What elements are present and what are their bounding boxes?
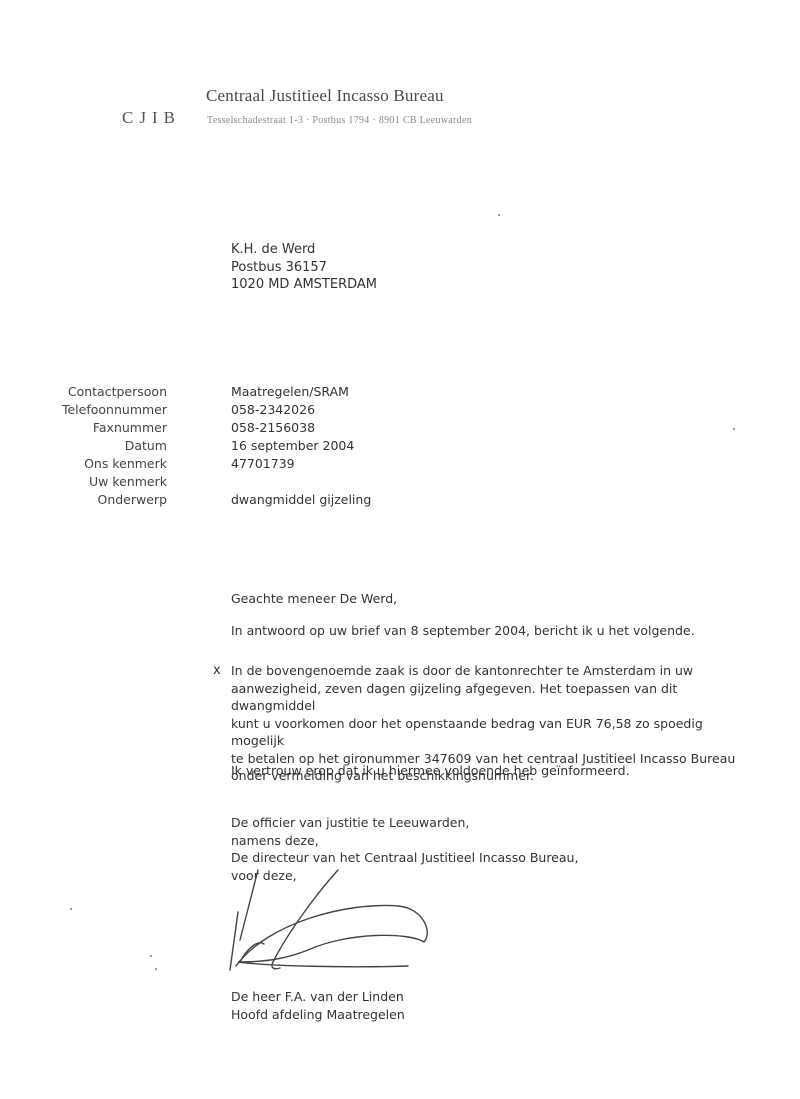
meta-value: 47701739 bbox=[231, 455, 295, 473]
meta-label: Onderwerp bbox=[30, 491, 167, 509]
meta-label: Datum bbox=[30, 437, 167, 455]
meta-value: dwangmiddel gijzeling bbox=[231, 491, 371, 509]
organization-address: Tesselschadestraat 1-3 · Postbus 1794 · … bbox=[207, 115, 472, 126]
organization-name: Centraal Justitieel Incasso Bureau bbox=[206, 86, 444, 106]
paragraph-intro: In antwoord op uw brief van 8 september … bbox=[231, 622, 751, 640]
meta-label: Faxnummer bbox=[30, 419, 167, 437]
recipient-city: 1020 MD AMSTERDAM bbox=[231, 276, 377, 294]
handwritten-signature bbox=[228, 862, 438, 977]
recipient-postbox: Postbus 36157 bbox=[231, 259, 377, 277]
meta-row-your-ref: Uw kenmerk bbox=[30, 473, 371, 491]
scan-speck bbox=[155, 968, 157, 970]
meta-row-our-ref: Ons kenmerk 47701739 bbox=[30, 455, 371, 473]
paragraph-line: In de bovengenoemde zaak is door de kant… bbox=[231, 662, 751, 680]
signer-name: De heer F.A. van der Linden bbox=[231, 988, 751, 1006]
closing-line: namens deze, bbox=[231, 832, 751, 850]
meta-label: Telefoonnummer bbox=[30, 401, 167, 419]
meta-label: Ons kenmerk bbox=[30, 455, 167, 473]
letter-page: CJIB Centraal Justitieel Incasso Bureau … bbox=[0, 0, 800, 1099]
salutation: Geachte meneer De Werd, bbox=[231, 590, 751, 608]
paragraph-closing: Ik vertrouw erop dat ik u hiermee voldoe… bbox=[231, 762, 751, 780]
scan-speck bbox=[733, 428, 735, 430]
meta-row-fax: Faxnummer 058-2156038 bbox=[30, 419, 371, 437]
signer-title: Hoofd afdeling Maatregelen bbox=[231, 1006, 751, 1024]
scan-speck bbox=[70, 908, 72, 910]
closing-line: De officier van justitie te Leeuwarden, bbox=[231, 814, 751, 832]
cjib-logo: CJIB bbox=[122, 108, 181, 128]
recipient-address: K.H. de Werd Postbus 36157 1020 MD AMSTE… bbox=[231, 241, 377, 294]
meta-label: Uw kenmerk bbox=[30, 473, 167, 491]
recipient-name: K.H. de Werd bbox=[231, 241, 377, 259]
paragraph-line: aanwezigheid, zeven dagen gijzeling afge… bbox=[231, 680, 751, 715]
meta-row-phone: Telefoonnummer 058-2342026 bbox=[30, 401, 371, 419]
meta-value: 16 september 2004 bbox=[231, 437, 354, 455]
meta-row-contact: Contactpersoon Maatregelen/SRAM bbox=[30, 383, 371, 401]
meta-label: Contactpersoon bbox=[30, 383, 167, 401]
meta-value: 058-2342026 bbox=[231, 401, 315, 419]
meta-row-date: Datum 16 september 2004 bbox=[30, 437, 371, 455]
handwritten-mark: x bbox=[213, 663, 221, 678]
paragraph-line: kunt u voorkomen door het openstaande be… bbox=[231, 715, 751, 750]
signer-block: De heer F.A. van der Linden Hoofd afdeli… bbox=[231, 988, 751, 1023]
scan-speck bbox=[150, 955, 152, 957]
scan-speck bbox=[498, 214, 500, 216]
meta-value: Maatregelen/SRAM bbox=[231, 383, 349, 401]
meta-value: 058-2156038 bbox=[231, 419, 315, 437]
meta-row-subject: Onderwerp dwangmiddel gijzeling bbox=[30, 491, 371, 509]
reference-block: Contactpersoon Maatregelen/SRAM Telefoon… bbox=[30, 383, 371, 509]
